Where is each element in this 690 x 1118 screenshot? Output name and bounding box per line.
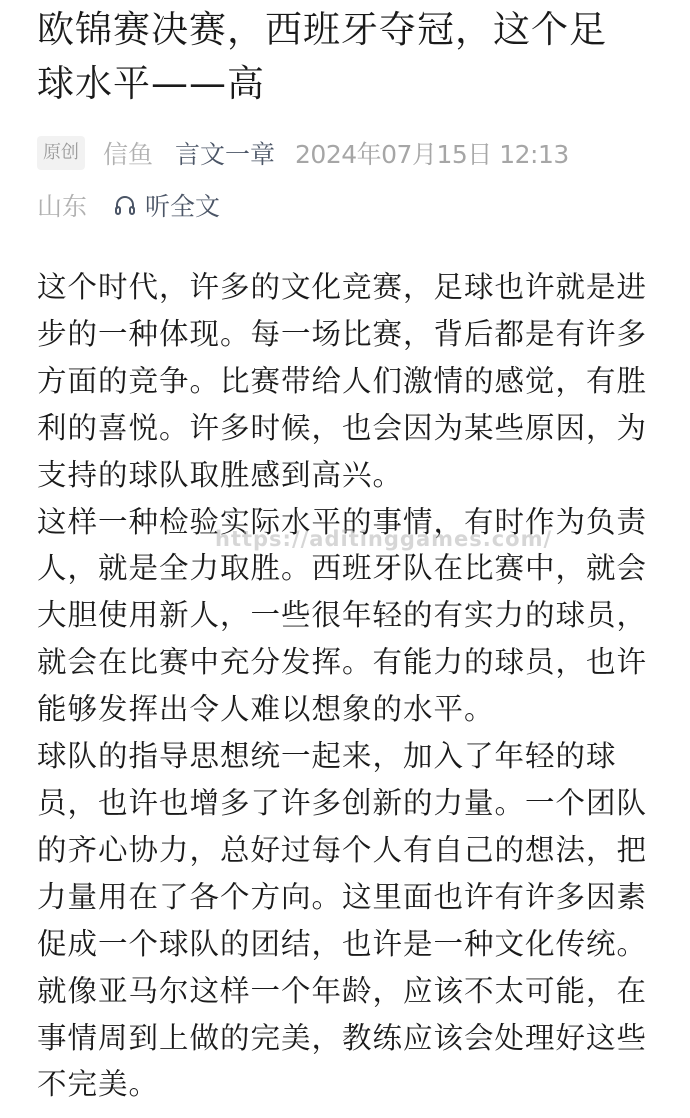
body-line: 事情周到上做的完美，教练应该会处理好这些 [37,1015,667,1062]
body-line: 能够发挥出令人难以想象的水平。 [37,686,667,733]
article: 欧锦赛决赛，西班牙夺冠，这个足 球水平——高 原创 信鱼 言文一章 2024年0… [37,0,667,1108]
body-line: 员，也许也增多了许多创新的力量。一个团队 [37,780,667,827]
account-link[interactable]: 言文一章 [175,135,275,171]
author-name[interactable]: 信鱼 [103,135,153,171]
location-label: 山东 [37,187,87,223]
body-line: 步的一种体现。每一场比赛，背后都是有许多 [37,311,667,358]
body-line: 这样一种检验实际水平的事情，有时作为负责 [37,499,667,546]
body-line: 大胆使用新人，一些很年轻的有实力的球员， [37,592,667,639]
meta-row-author: 原创 信鱼 言文一章 2024年07月15日 12:13 [37,135,667,171]
publish-datetime: 2024年07月15日 12:13 [295,135,569,171]
body-line: 方面的竞争。比赛带给人们激情的感觉，有胜 [37,358,667,405]
article-title: 欧锦赛决赛，西班牙夺冠，这个足 球水平——高 [37,0,667,111]
body-line: 这个时代，许多的文化竞赛，足球也许就是进 [37,264,667,311]
listen-label: 听全文 [145,187,220,223]
title-line: 欧锦赛决赛，西班牙夺冠，这个足 [37,3,667,57]
body-line: 利的喜悦。许多时候，也会因为某些原因，为 [37,405,667,452]
body-line: 就会在比赛中充分发挥。有能力的球员，也许 [37,639,667,686]
body-line: 的齐心协力，总好过每个人有自己的想法，把 [37,827,667,874]
title-line: 球水平——高 [37,57,667,111]
original-badge: 原创 [37,136,85,170]
body-line: 支持的球队取胜感到高兴。 [37,452,667,499]
body-line: 人，就是全力取胜。西班牙队在比赛中，就会 [37,545,667,592]
body-line: 就像亚马尔这样一个年龄，应该不太可能，在 [37,968,667,1015]
body-line: 不完美。 [37,1061,667,1108]
meta-row-location: 山东 听全文 [37,187,667,223]
body-line: 促成一个球队的团结，也许是一种文化传统。 [37,921,667,968]
body-line: 球队的指导思想统一起来，加入了年轻的球 [37,733,667,780]
headphones-icon [113,193,145,217]
listen-full-text-button[interactable]: 听全文 [113,187,220,223]
body-line: 力量用在了各个方向。这里面也许有许多因素 [37,874,667,921]
article-body: 这个时代，许多的文化竞赛，足球也许就是进 步的一种体现。每一场比赛，背后都是有许… [37,264,667,1108]
